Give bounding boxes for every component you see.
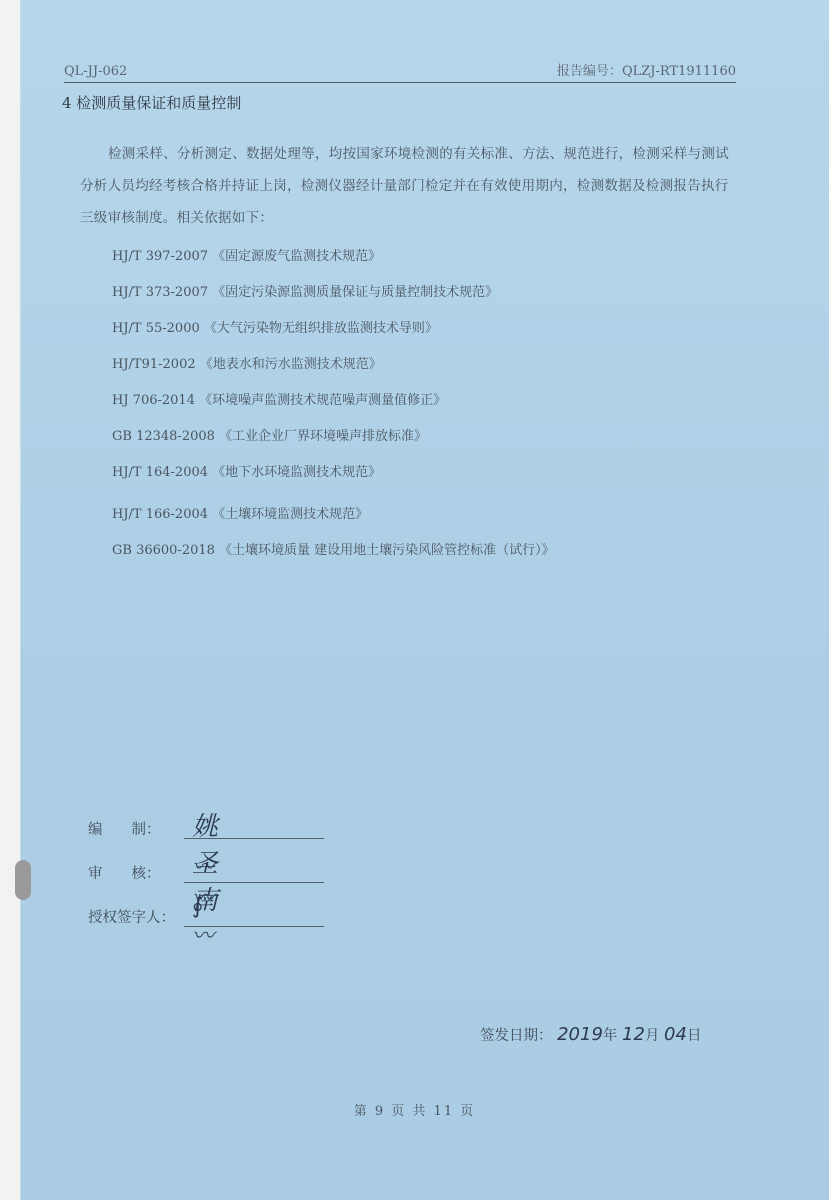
report-number-label: 报告编号： [557, 64, 622, 79]
reference-title: 《固定污染源监测质量保证与质量控制技术规范》 [212, 285, 498, 300]
issue-year: 2019 [557, 1024, 603, 1045]
month-unit: 月 [645, 1028, 660, 1044]
reviewed-label: 审 核： [88, 862, 161, 883]
reference-item: HJ/T 373-2007 《固定污染源监测质量保证与质量控制技术规范》 [112, 281, 555, 317]
issue-month: 12 [622, 1024, 645, 1045]
issue-date: 签发日期： 2019年 12月 04日 [480, 1024, 701, 1045]
reference-title: 《土壤环境监测技术规范》 [212, 507, 368, 522]
reference-code: HJ/T 164-2004 [112, 461, 208, 485]
year-unit: 年 [603, 1028, 618, 1044]
compiled-label: 编 制： [88, 818, 161, 839]
reference-title: 《大气污染物无组织排放监测技术导则》 [204, 321, 438, 336]
reference-title: 《土壤环境质量 建设用地土壤污染风险管控标准（试行）》 [219, 543, 555, 558]
reference-code: HJ/T 397-2007 [112, 245, 208, 269]
page-header: QL-JJ-062 报告编号：QLZJ-RT1911160 [64, 58, 736, 83]
section-title: 4 检测质量保证和质量控制 [62, 92, 241, 113]
reference-title: 《环境噪声监测技术规范噪声测量值修正》 [199, 393, 446, 408]
page-footer: 第 9 页 共 11 页 [0, 1100, 829, 1119]
report-number-value: QLZJ-RT1911160 [622, 64, 736, 79]
reference-item: HJ/T 166-2004 《土壤环境监测技术规范》 [112, 503, 555, 539]
reference-item: HJ/T 164-2004 《地下水环境监测技术规范》 [112, 461, 555, 497]
reference-code: HJ/T 373-2007 [112, 281, 208, 305]
reference-code: HJ/T 55-2000 [112, 317, 200, 341]
reference-code: HJ/T91-2002 [112, 353, 196, 377]
reference-code: HJ/T 166-2004 [112, 503, 208, 527]
authorized-signature: ∮〰 [192, 894, 212, 950]
reference-item: GB 12348-2008 《工业企业厂界环境噪声排放标准》 [112, 425, 555, 461]
reference-title: 《固定源废气监测技术规范》 [212, 249, 381, 264]
reference-item: HJ 706-2014 《环境噪声监测技术规范噪声测量值修正》 [112, 389, 555, 425]
issue-date-label: 签发日期： [480, 1028, 553, 1044]
finger-shadow [15, 860, 31, 900]
reference-item: HJ/T 397-2007 《固定源废气监测技术规范》 [112, 245, 555, 281]
reference-item: HJ/T91-2002 《地表水和污水监测技术规范》 [112, 353, 555, 389]
section-paragraph: 检测采样、分析测定、数据处理等，均按国家环境检测的有关标准、方法、规范进行，检测… [80, 138, 740, 234]
reference-item: GB 36600-2018 《土壤环境质量 建设用地土壤污染风险管控标准（试行）… [112, 539, 555, 575]
reference-title: 《地下水环境监测技术规范》 [212, 465, 381, 480]
reference-title: 《地表水和污水监测技术规范》 [200, 357, 382, 372]
reference-code: HJ 706-2014 [112, 389, 195, 413]
reference-item: HJ/T 55-2000 《大气污染物无组织排放监测技术导则》 [112, 317, 555, 353]
authorized-label: 授权签字人： [88, 906, 175, 927]
doc-code: QL-JJ-062 [64, 64, 127, 79]
reference-code: GB 36600-2018 [112, 539, 215, 563]
day-unit: 日 [687, 1028, 702, 1044]
report-number: 报告编号：QLZJ-RT1911160 [557, 60, 736, 79]
reference-list: HJ/T 397-2007 《固定源废气监测技术规范》HJ/T 373-2007… [112, 245, 555, 575]
issue-day: 04 [664, 1024, 687, 1045]
reference-title: 《工业企业厂界环境噪声排放标准》 [219, 429, 427, 444]
reference-code: GB 12348-2008 [112, 425, 215, 449]
